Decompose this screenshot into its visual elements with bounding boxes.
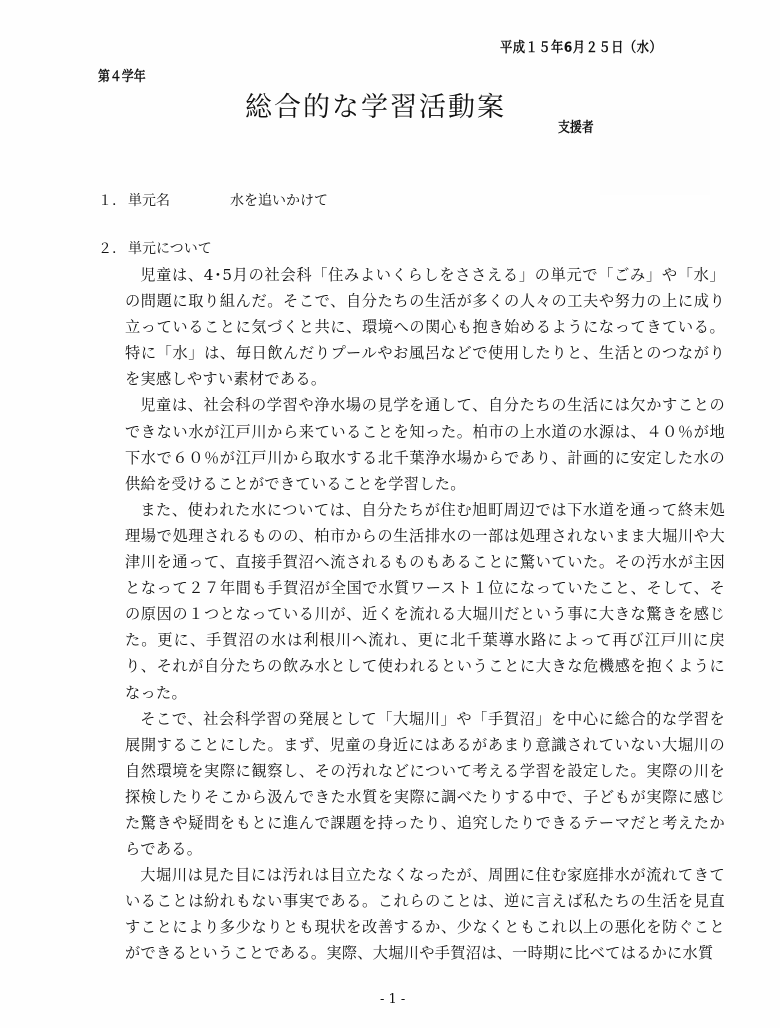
- supporter-label: 支援者: [558, 117, 594, 137]
- page-number: - 1 -: [380, 992, 405, 1007]
- redacted-area: [600, 110, 710, 195]
- section-label: 単元名: [128, 193, 170, 209]
- paragraph: 大堀川は見た目には汚れは目立たなくなったが、周囲に住む家庭排水が流れてきているこ…: [125, 862, 725, 966]
- section-about-unit: ２.単元について: [98, 238, 212, 258]
- paragraph: そこで、社会科学習の発展として「大堀川」や「手賀沼」を中心に総合的な学習を展開す…: [125, 706, 725, 863]
- paragraph: 児童は、社会科の学習や浄水場の見学を通して、自分たちの生活には欠かすことのできな…: [125, 392, 725, 496]
- document-date: 平成１５年6月２５日（水）: [500, 37, 662, 57]
- section-number: １.: [98, 190, 128, 210]
- section-unit-name: １.単元名 水を追いかけて: [98, 190, 170, 210]
- paragraph: 児童は、4･5月の社会科「住みよいくらしをささえる」の単元で「ごみ」や「水」の問…: [125, 262, 725, 392]
- paragraph: また、使われた水については、自分たちが住む旭町周辺では下水道を通って終末処理場で…: [125, 497, 725, 706]
- grade-label: 第４学年: [98, 66, 146, 86]
- unit-name-value: 水を追いかけて: [230, 190, 328, 210]
- document-title: 総合的な学習活動案: [245, 85, 506, 124]
- section-label: 単元について: [128, 241, 212, 257]
- document-page: 平成１５年6月２５日（水） 第４学年 総合的な学習活動案 支援者 １.単元名 水…: [0, 0, 780, 1028]
- body-text: 児童は、4･5月の社会科「住みよいくらしをささえる」の単元で「ごみ」や「水」の問…: [125, 262, 725, 967]
- section-number: ２.: [98, 238, 128, 258]
